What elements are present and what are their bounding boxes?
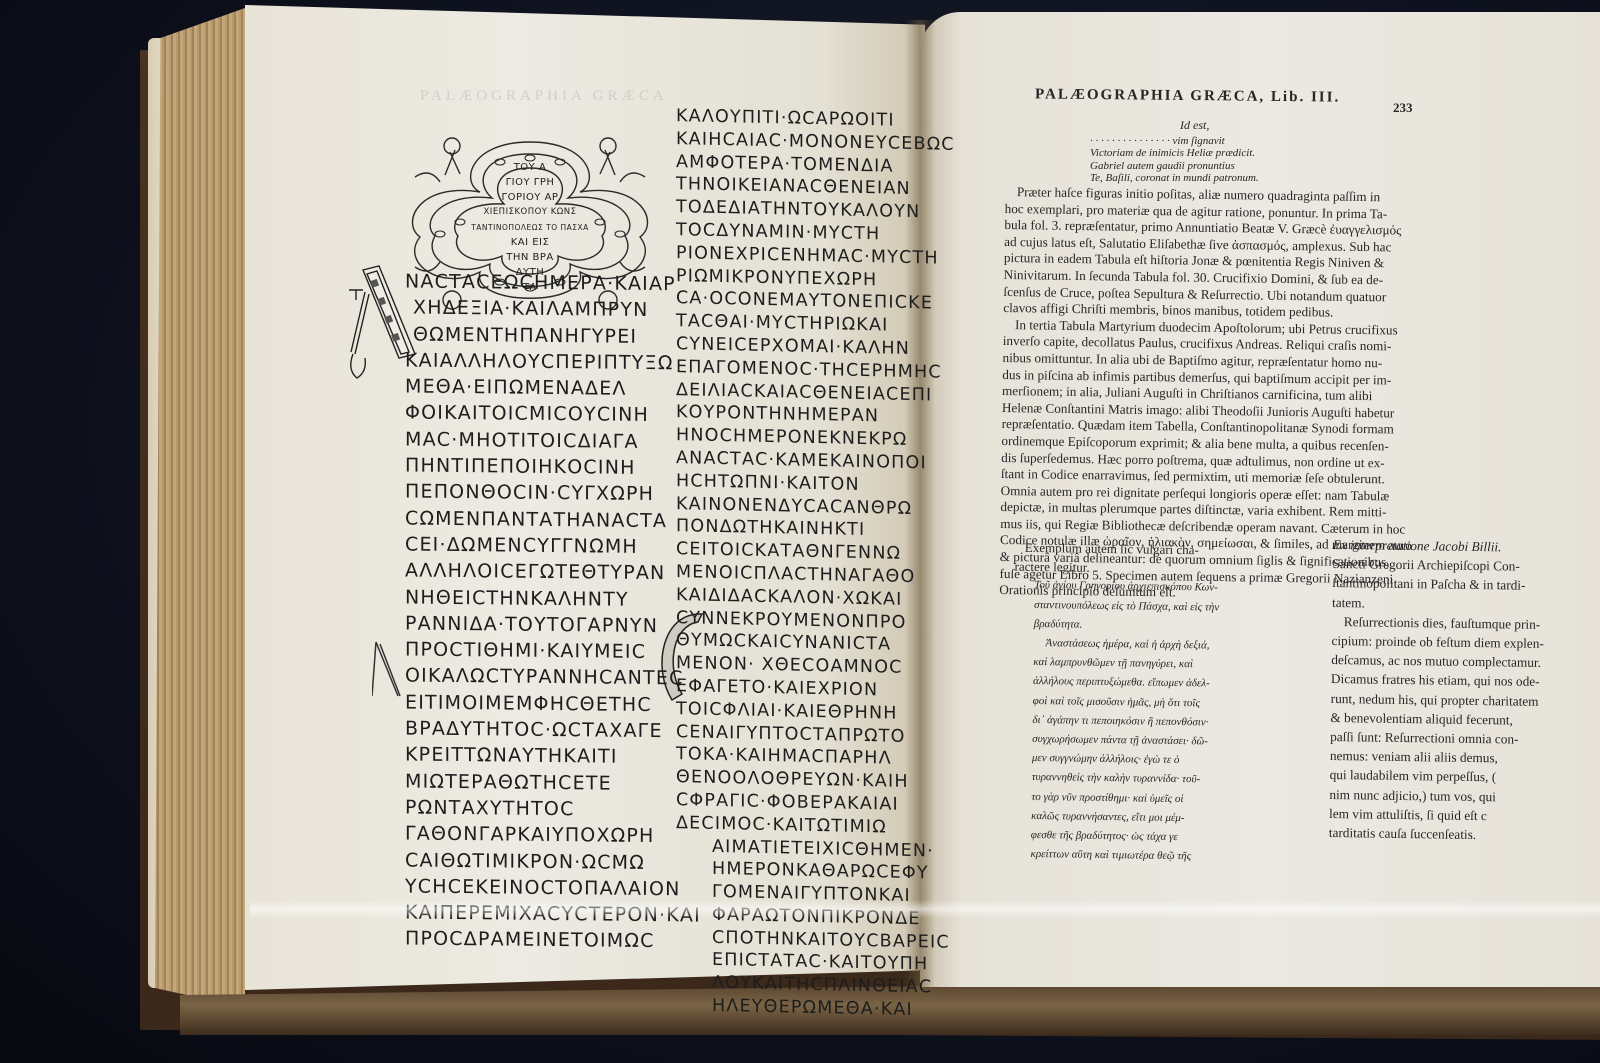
text-line: CΑΙΘΩΤΙΜΙΚΡΟΝ·ΩCΜΩ: [405, 847, 701, 876]
text-line: ΓΑΘΟΝΓΑΡΚΑΙΥΠΟΧΩΡΗ: [405, 821, 701, 850]
text-line: ΑΛΛΗΛΟΙCΕΓΩΤΕΘΤΥΡΑΝ: [405, 558, 701, 587]
text-line: καὶ λαμπρυνθῶμεν τῇ πανηγύρει, καὶ: [1033, 653, 1218, 675]
text-line: ſtantinopolitani in Paſcha & in tardi-: [1332, 573, 1545, 595]
text-line: Dicamus fratres his etiam, qui nos ode-: [1331, 669, 1544, 691]
text-line: κρείττων αὕτη καὶ τιμιωτέρα θεῷ τῆς: [1030, 845, 1215, 867]
verse-line: Te, Baſili, coronat in mundi patronum.: [1090, 172, 1259, 184]
text-line: ΥCΗCΕΚΕΙΝΟCΤΟΠΑΛΑΙΟΝ: [405, 873, 701, 902]
text-line: ΠΡΟCΤΙΘΗΜΙ·ΚΑΙΥΜΕΙC: [405, 637, 701, 666]
page-number: 233: [1393, 100, 1413, 116]
ornament-line: ΚΑΙ ΕΙΣ: [450, 235, 610, 250]
ornament-line: ΤΟΥ Α: [450, 160, 610, 175]
verse-line: · · · · · · · · · · · · · · · vim ſignav…: [1090, 135, 1225, 147]
text-line: ΦΟΙΚΑΙΤΟΙCΜΙCΟΥCΙΝΗ: [405, 400, 701, 429]
text-line: συγχωρήσωμεν πάντα τῇ ἀναστάσει· δῶ-: [1032, 730, 1217, 752]
text-line: το γὰρ νῦν προστίθημι· καὶ ὑμεῖς οἱ: [1031, 788, 1216, 810]
glass-reflection: [250, 900, 1600, 918]
ornament-line: ΤΗΝ ΒΡΑ: [450, 250, 610, 265]
text-line: Ἀναστάσεως ἡμέρα, καὶ ἡ ἀρχὴ δεξιά,: [1033, 634, 1218, 656]
text-line: ΠΡΟCΔΡΑΜΕΙΝΕΤΟΙΜΩC: [405, 926, 701, 955]
text-line: σταντινουπόλεως εἰς τὸ Πάσχα, καὶ εἰς τὴ…: [1034, 596, 1219, 618]
text-line: ΟΙΚΑΛΩCΤΥΡΑΝΝΗCΑΝΤΕC: [405, 663, 701, 692]
text-line: ΠΕΠΟΝΘΟCΙΝ·CΥΓΧΩΡΗ: [405, 479, 701, 508]
text-line: ΕΙΤΙΜΟΙΜΕΜΦΗCΘΕΤΗC: [405, 689, 701, 718]
text-line: μεν συγγνώμην ἀλλήλοις· ἐγὼ τε ὁ: [1032, 749, 1217, 771]
text-line: ΜΙΩΤΕΡΑΘΩΤΗCΕΤΕ: [405, 768, 701, 797]
ornament-line: ΧΙΕΠΙΣΚΟΠΟΥ ΚΩΝΣ: [450, 205, 610, 220]
text-line: ΠΗΝΤΙΠΕΠΟΙΗΚΟCΙΝΗ: [405, 453, 701, 482]
text-line: καλῶς τυραννήσαντες, εἴτι μοι μέμ-: [1031, 807, 1216, 829]
text-line: ΜΕΘΑ·ΕΙΠΩΜΕΝΑΔΕΛ: [405, 374, 701, 403]
text-line: CΕΙ·ΔΩΜΕΝCΥΓΓΝΩΜΗ: [405, 531, 701, 560]
verse-line: Victoriam de inimicis Heliæ prædicit.: [1090, 147, 1255, 159]
display-case-photo: PALÆOGRAPHIA GRÆCA ΤΟΥ Α ΓΙΟΥ ΓΡΗ ΓΟΡΙΟΥ…: [0, 0, 1600, 1063]
text-line: ΚΑΙΑΛΛΗΛΟΥCΠΕΡΙΠΤΥΞΩ: [405, 347, 701, 376]
greek-minuscule-column: Exemplum autem ſic vulgari cha- ractere …: [1030, 538, 1220, 867]
text-line: τυραννηθεὶς τὴν καλὴν τυραννίδα· τοῦ-: [1032, 768, 1217, 790]
text-line: ΧΗΔΕΞΙΑ·ΚΑΙΛΑΜΠΡΥΝ: [405, 295, 701, 324]
text-line: φοὶ καὶ τοῖς μισοῦσιν ἡμᾶς, μὴ ὅτι τοῖς: [1033, 692, 1218, 714]
show-through-header: PALÆOGRAPHIA GRÆCA: [420, 88, 668, 105]
running-head: PALÆOGRAPHIA GRÆCA, Lib. III.: [1035, 86, 1340, 106]
decorated-initial-lambda-icon: [372, 640, 402, 700]
verse-line: Gabriel autem gaudii pronuntius: [1090, 160, 1235, 172]
text-line: ἀλλήλους περιπτυξώμεθα. εἴπωμεν ἀδελ-: [1033, 672, 1218, 694]
text-line: ΝΗΘΕΙCΤΗΝΚΑΛΗΝΤΥ: [405, 584, 701, 613]
text-line: ΒΡΑΔΥΤΗΤΟC·ΩCΤΑΧΑΓΕ: [405, 715, 701, 744]
greek-uncial-column-2: ΚΑΛΟΥΠΙΤΙ·ΩCΑΡΩΟΙΤΙ ΚΑΙΗCΑΙΑC·ΜΟΝΟΝΕΥCΕΒ…: [676, 105, 955, 1023]
text-line: φεσθε τῆς βραδύτητος· ὡς τάχα γε: [1031, 826, 1216, 848]
text-line: qui laudabilem vim perpeſſus, (: [1330, 765, 1543, 787]
text-line: ΚΡΕΙΤΤΩΝΑΥΤΗΚΑΙΤΙ: [405, 742, 701, 771]
book-fore-edge: [155, 8, 245, 1008]
text-line: ΡΩΝΤΑΧΥΤΗΤΟC: [405, 794, 701, 823]
greek-uncial-column-1: ΝΑCΤΑCΕΩCΗΜΕΡΑ·ΚΑΙΑΡ ΧΗΔΕΞΙΑ·ΚΑΙΛΑΜΠΡΥΝ …: [405, 268, 701, 955]
text-line: Τοῦ ἁγίου Γρηγορίου ἀρχιεπισκόπου Κων-: [1034, 576, 1219, 598]
ornament-line: ΤΑΝΤΙΝΟΠΟΛΕΩΣ ΤΟ ΠΑΣΧΑ: [450, 220, 610, 235]
text-line: tarditatis cauſa ſuccenſeatis.: [1329, 823, 1542, 845]
text-line: ΘΩΜΕΝΤΗΠΑΝΗΓΥΡΕΙ: [405, 321, 701, 350]
text-line: ΜΑC·ΜΗΟΤΙΤΟΙCΔΙΑΓΑ: [405, 426, 701, 455]
text-line: CΩΜΕΝΠΑΝΤΑΤΗΑΝΑCΤΑ: [405, 505, 701, 534]
ornament-line: ΓΟΡΙΟΥ ΑΡ: [450, 190, 610, 205]
text-line: δι᾽ ἀγάπην τι πεποιηκόσιν ἢ πεπονθόσιν·: [1032, 711, 1217, 733]
id-est-label: Id est,: [1180, 118, 1209, 133]
latin-translation-column: Ex interpretatione Jacobi Billii. Sancti…: [1329, 535, 1546, 845]
ornament-line: ΓΙΟΥ ΓΡΗ: [450, 175, 610, 190]
text-line: ΝΑCΤΑCΕΩCΗΜΕΡΑ·ΚΑΙΑΡ: [405, 268, 701, 297]
text-line: ΡΑΝΝΙΔΑ·ΤΟΥΤΟΓΑΡΝΥΝ: [405, 610, 701, 639]
text-line: βραδύτητα.: [1034, 615, 1219, 637]
